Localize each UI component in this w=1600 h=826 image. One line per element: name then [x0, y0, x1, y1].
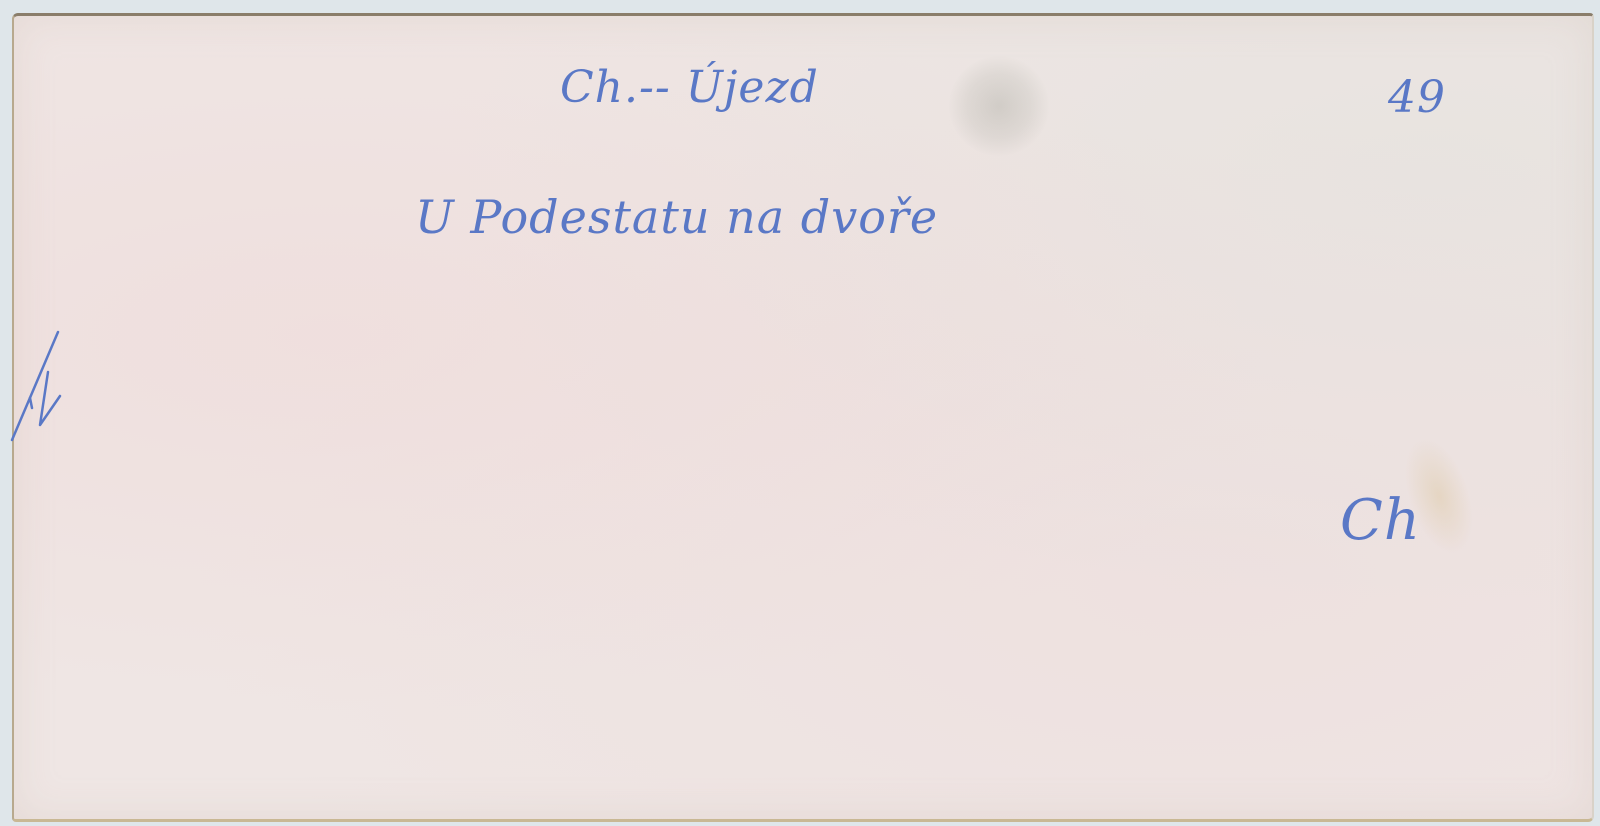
margin-mark-icon	[8, 330, 68, 450]
photo-card-back	[12, 13, 1594, 822]
caption-handwriting: U Podestatu na dvoře	[415, 190, 938, 244]
location-handwriting: Ch.-- Újezd	[560, 62, 819, 113]
number-handwriting: 49	[1388, 72, 1446, 123]
initials-handwriting: Ch	[1340, 488, 1421, 553]
ink-smudge	[949, 56, 1049, 156]
